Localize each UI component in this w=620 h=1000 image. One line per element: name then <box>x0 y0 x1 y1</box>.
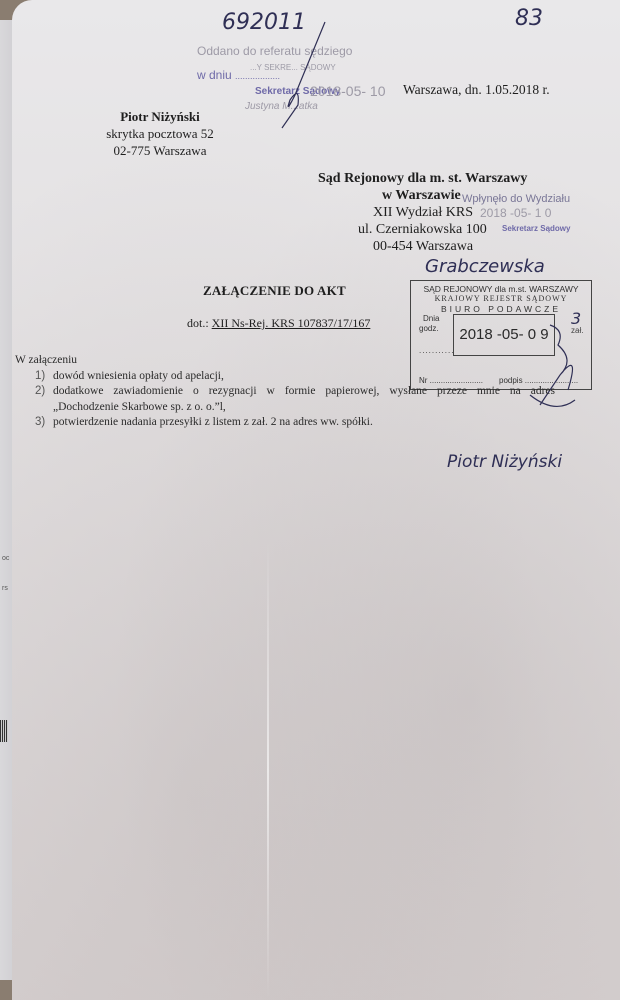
enclosure-text-continued: „Dochodzenie Skarbowe sp. z o. o.”l, <box>53 401 226 413</box>
enclosure-item: 3) potwierdzenie nadania przesyłki z lis… <box>35 415 555 431</box>
enclosure-number: 3) <box>35 415 45 431</box>
handwritten-page-number: 83 <box>515 6 543 31</box>
recipient-line-1: Sąd Rejonowy dla m. st. Warszawy <box>300 170 550 187</box>
received-stamp: Wpłynęło do Wydziału 2018 -05- 1 0 Sekre… <box>462 192 570 236</box>
enclosure-item: 1) dowód wniesienia opłaty od apelacji, <box>35 369 555 385</box>
referral-stamp-date-label: w dniu <box>197 68 232 82</box>
underlying-text-fragment: rs <box>2 585 8 592</box>
sender-address-1: skrytka pocztowa 52 <box>70 125 250 142</box>
barcode <box>0 720 8 742</box>
reference-number: XII Ns-Rej. KRS 107837/17/167 <box>212 316 371 330</box>
registry-stamp-court: SĄD REJONOWY dla m.st. WARSZAWY <box>411 284 591 294</box>
document-title: ZAŁĄCZENIE DO AKT <box>203 283 346 299</box>
received-stamp-heading: Wpłynęło do Wydziału <box>462 192 570 206</box>
enclosures-section: W załączeniu 1) dowód wniesienia opłaty … <box>15 353 555 431</box>
enclosure-text: potwierdzenie nadania przesyłki z listem… <box>53 416 373 428</box>
underlying-text-fragment: oc <box>2 555 9 562</box>
sender-block: Piotr Niżyński skrytka pocztowa 52 02-77… <box>70 108 250 159</box>
enclosures-heading: W załączeniu <box>15 353 555 369</box>
reference-label: dot.: <box>187 316 209 330</box>
place-and-date: Warszawa, dn. 1.05.2018 r. <box>403 82 550 98</box>
recipient-line-5: 00-454 Warszawa <box>300 238 550 255</box>
handwritten-clerk-name: Grabczewska <box>425 256 545 277</box>
registry-stamp-day-label: Dnia <box>423 314 439 323</box>
enclosure-item: 2) dodatkowe zawiadomienie o rezygnacji … <box>35 384 555 415</box>
enclosure-text: dowód wniesienia opłaty od apelacji, <box>53 370 224 382</box>
enclosure-number: 1) <box>35 369 45 385</box>
handwritten-initial-stroke <box>270 20 330 130</box>
registry-stamp-register: KRAJOWY REJESTR SĄDOWY <box>411 294 591 303</box>
author-signature: Piotr Niżyński <box>447 452 562 472</box>
received-stamp-secretary: Sekretarz Sądowy <box>462 222 570 236</box>
enclosure-number: 2) <box>35 384 45 400</box>
sender-name: Piotr Niżyński <box>70 108 250 125</box>
enclosures-list: 1) dowód wniesienia opłaty od apelacji, … <box>15 369 555 431</box>
sender-address-2: 02-775 Warszawa <box>70 142 250 159</box>
reference-line: dot.: XII Ns-Rej. KRS 107837/17/167 <box>187 316 370 331</box>
registry-stamp-office: BIURO PODAWCZE <box>411 304 591 314</box>
registry-stamp-hour-label: godz. <box>419 324 439 333</box>
paper-crease <box>267 540 269 1000</box>
enclosure-text: dodatkowe zawiadomienie o rezygnacji w f… <box>53 384 555 400</box>
received-stamp-date: 2018 -05- 1 0 <box>462 206 570 220</box>
